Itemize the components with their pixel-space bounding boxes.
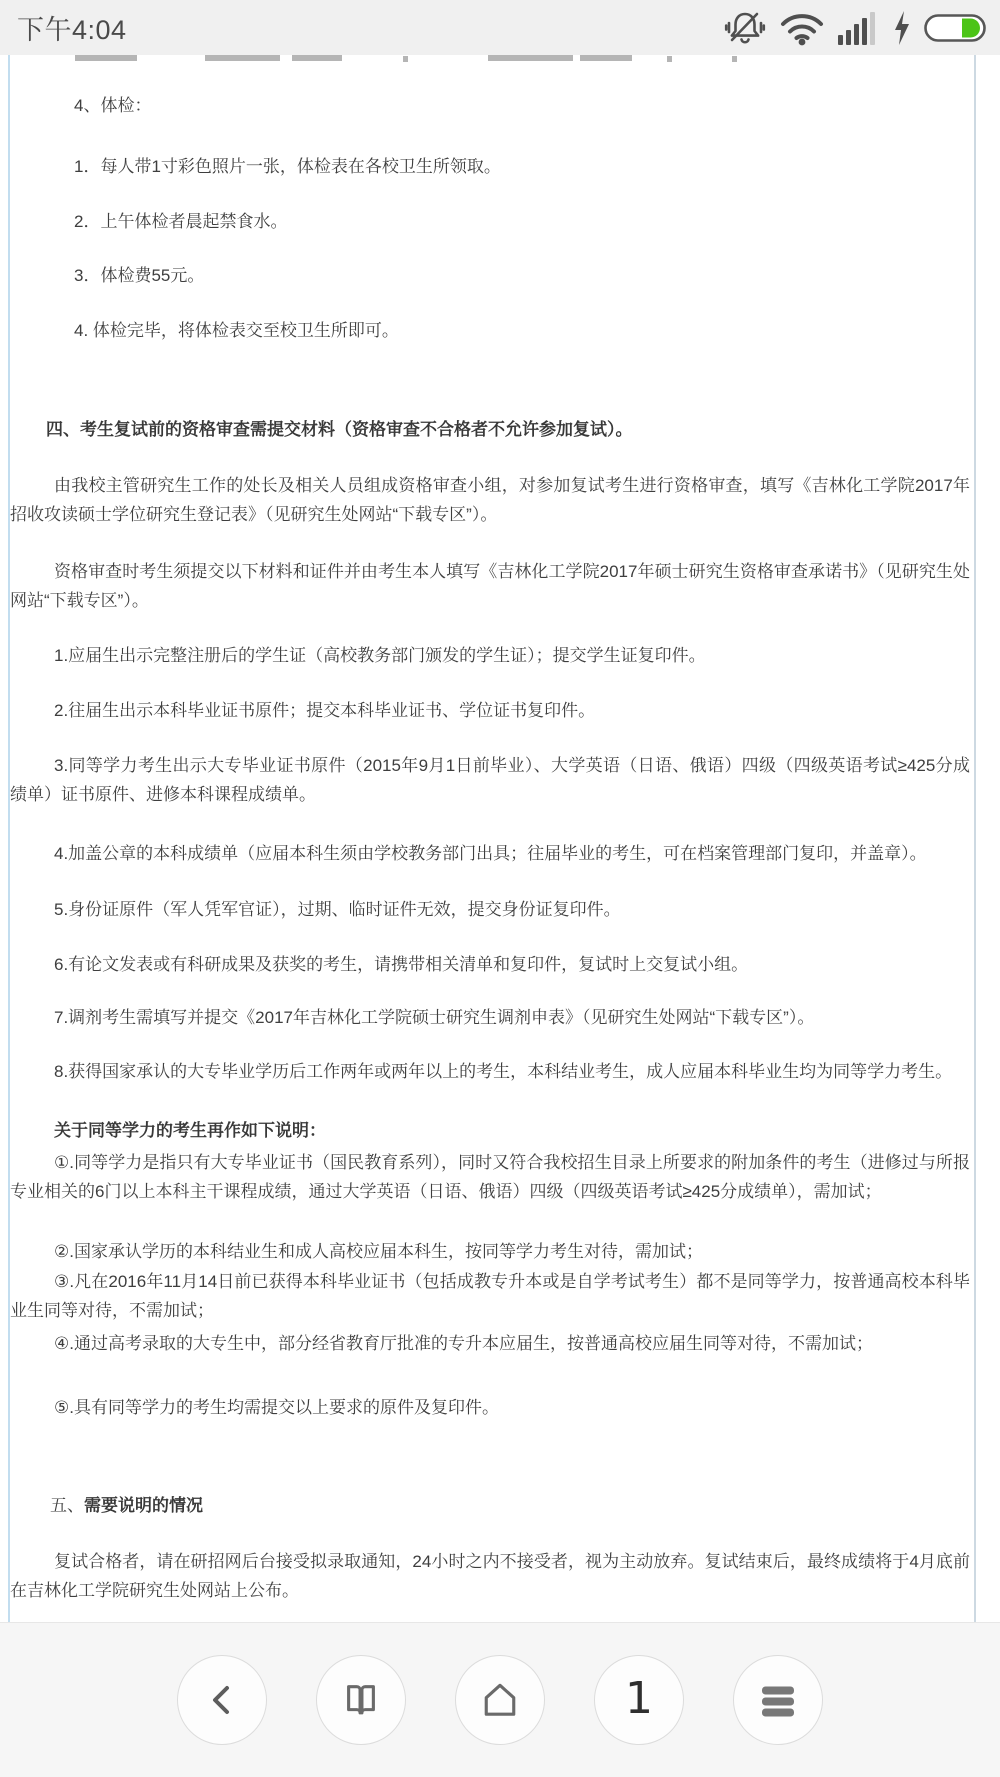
wifi-icon xyxy=(779,10,825,46)
doc-paragraph: 复试合格者，请在研招网后台接受拟录取通知，24小时之内不接受者，视为主动放弃。复… xyxy=(10,1547,970,1605)
doc-paragraph: 7.调剂考生需填写并提交《2017年吉林化工学院硕士研究生调剂申表》（见研究生处… xyxy=(10,1003,970,1032)
doc-paragraph: 1．每人带1寸彩色照片一张，体检表在各校卫生所领取。 xyxy=(10,152,970,181)
doc-paragraph: ⑤.具有同等学力的考生均需提交以上要求的原件及复印件。 xyxy=(10,1393,970,1422)
section-5-number: 五、 xyxy=(50,1496,84,1515)
list-heading-tijian: 4、体检： xyxy=(10,91,970,120)
doc-paragraph: ①.同等学力是指只有大专毕业证书（国民教育系列），同时又符合我校招生目录上所要求… xyxy=(10,1148,970,1206)
back-button[interactable] xyxy=(177,1655,267,1745)
doc-paragraph: 2．上午体检者晨起禁食水。 xyxy=(10,207,970,236)
menu-button[interactable] xyxy=(733,1655,823,1745)
status-bar: 下午4:04 xyxy=(0,0,1000,55)
doc-paragraph: 4. 体检完毕，将体检表交至校卫生所即可。 xyxy=(10,316,970,345)
doc-paragraph: 3.同等学力考生出示大专毕业证书原件（2015年9月1日前毕业）、大学英语（日语… xyxy=(10,751,970,809)
section-heading-5: 五、需要说明的情况 xyxy=(10,1491,970,1520)
home-icon xyxy=(478,1678,522,1722)
home-button[interactable] xyxy=(455,1655,545,1745)
menu-icon xyxy=(758,1680,798,1720)
document-page: 4、体检： 1．每人带1寸彩色照片一张，体检表在各校卫生所领取。 2．上午体检者… xyxy=(0,55,1000,1622)
book-icon xyxy=(339,1678,383,1722)
note-heading: 关于同等学力的考生再作如下说明： xyxy=(10,1116,970,1145)
doc-paragraph: 8.获得国家承认的大专毕业学历后工作两年或两年以上的考生，本科结业考生，成人应届… xyxy=(10,1057,970,1086)
section-heading-4: 四、考生复试前的资格审查需提交材料（资格审查不合格者不允许参加复试）。 xyxy=(10,415,970,444)
clipped-text-remnant xyxy=(10,55,970,63)
doc-paragraph: 资格审查时考生须提交以下材料和证件并由考生本人填写《吉林化工学院2017年硕士研… xyxy=(10,557,970,615)
tab-count: 1 xyxy=(625,1677,653,1721)
browser-nav-bar: 1 xyxy=(0,1622,1000,1777)
charging-bolt-icon xyxy=(893,11,911,45)
page-edge-line-right xyxy=(974,55,976,1622)
signal-bars-icon xyxy=(838,11,880,45)
status-time: 下午4:04 xyxy=(17,8,127,47)
doc-paragraph: 2.往届生出示本科毕业证书原件；提交本科毕业证书、学位证书复印件。 xyxy=(10,696,970,725)
doc-paragraph: ②.国家承认学历的本科结业生和成人高校应届本科生，按同等学力考生对待，需加试； xyxy=(10,1237,970,1266)
doc-paragraph: ③.凡在2016年11月14日前已获得本科毕业证书（包括成教专升本或是自学考试考… xyxy=(10,1267,970,1325)
doc-paragraph: 5.身份证原件（军人凭军官证），过期、临时证件无效，提交身份证复印件。 xyxy=(10,895,970,924)
section-5-title: 需要说明的情况 xyxy=(84,1496,203,1515)
tabs-button[interactable]: 1 xyxy=(594,1655,684,1745)
chevron-left-icon xyxy=(202,1680,242,1720)
doc-paragraph: 由我校主管研究生工作的处长及相关人员组成资格审查小组，对参加复试考生进行资格审查… xyxy=(10,471,970,529)
battery-icon xyxy=(924,14,986,42)
document-text: 4、体检： 1．每人带1寸彩色照片一张，体检表在各校卫生所领取。 2．上午体检者… xyxy=(10,55,970,1605)
doc-paragraph: ④.通过高考录取的大专生中，部分经省教育厅批准的专升本应届生，按普通高校应届生同… xyxy=(10,1329,970,1358)
doc-paragraph: 4.加盖公章的本科成绩单（应届本科生须由学校教务部门出具；往届毕业的考生，可在档… xyxy=(10,839,970,868)
doc-paragraph: 3．体检费55元。 xyxy=(10,261,970,290)
phone-screen: 下午4:04 xyxy=(0,0,1000,1777)
doc-paragraph: 6.有论文发表或有科研成果及获奖的考生，请携带相关清单和复印件，复试时上交复试小… xyxy=(10,950,970,979)
mute-bell-icon xyxy=(724,9,766,47)
status-icons xyxy=(724,9,986,47)
bookshelf-button[interactable] xyxy=(316,1655,406,1745)
doc-paragraph: 1.应届生出示完整注册后的学生证（高校教务部门颁发的学生证）；提交学生证复印件。 xyxy=(10,641,970,670)
